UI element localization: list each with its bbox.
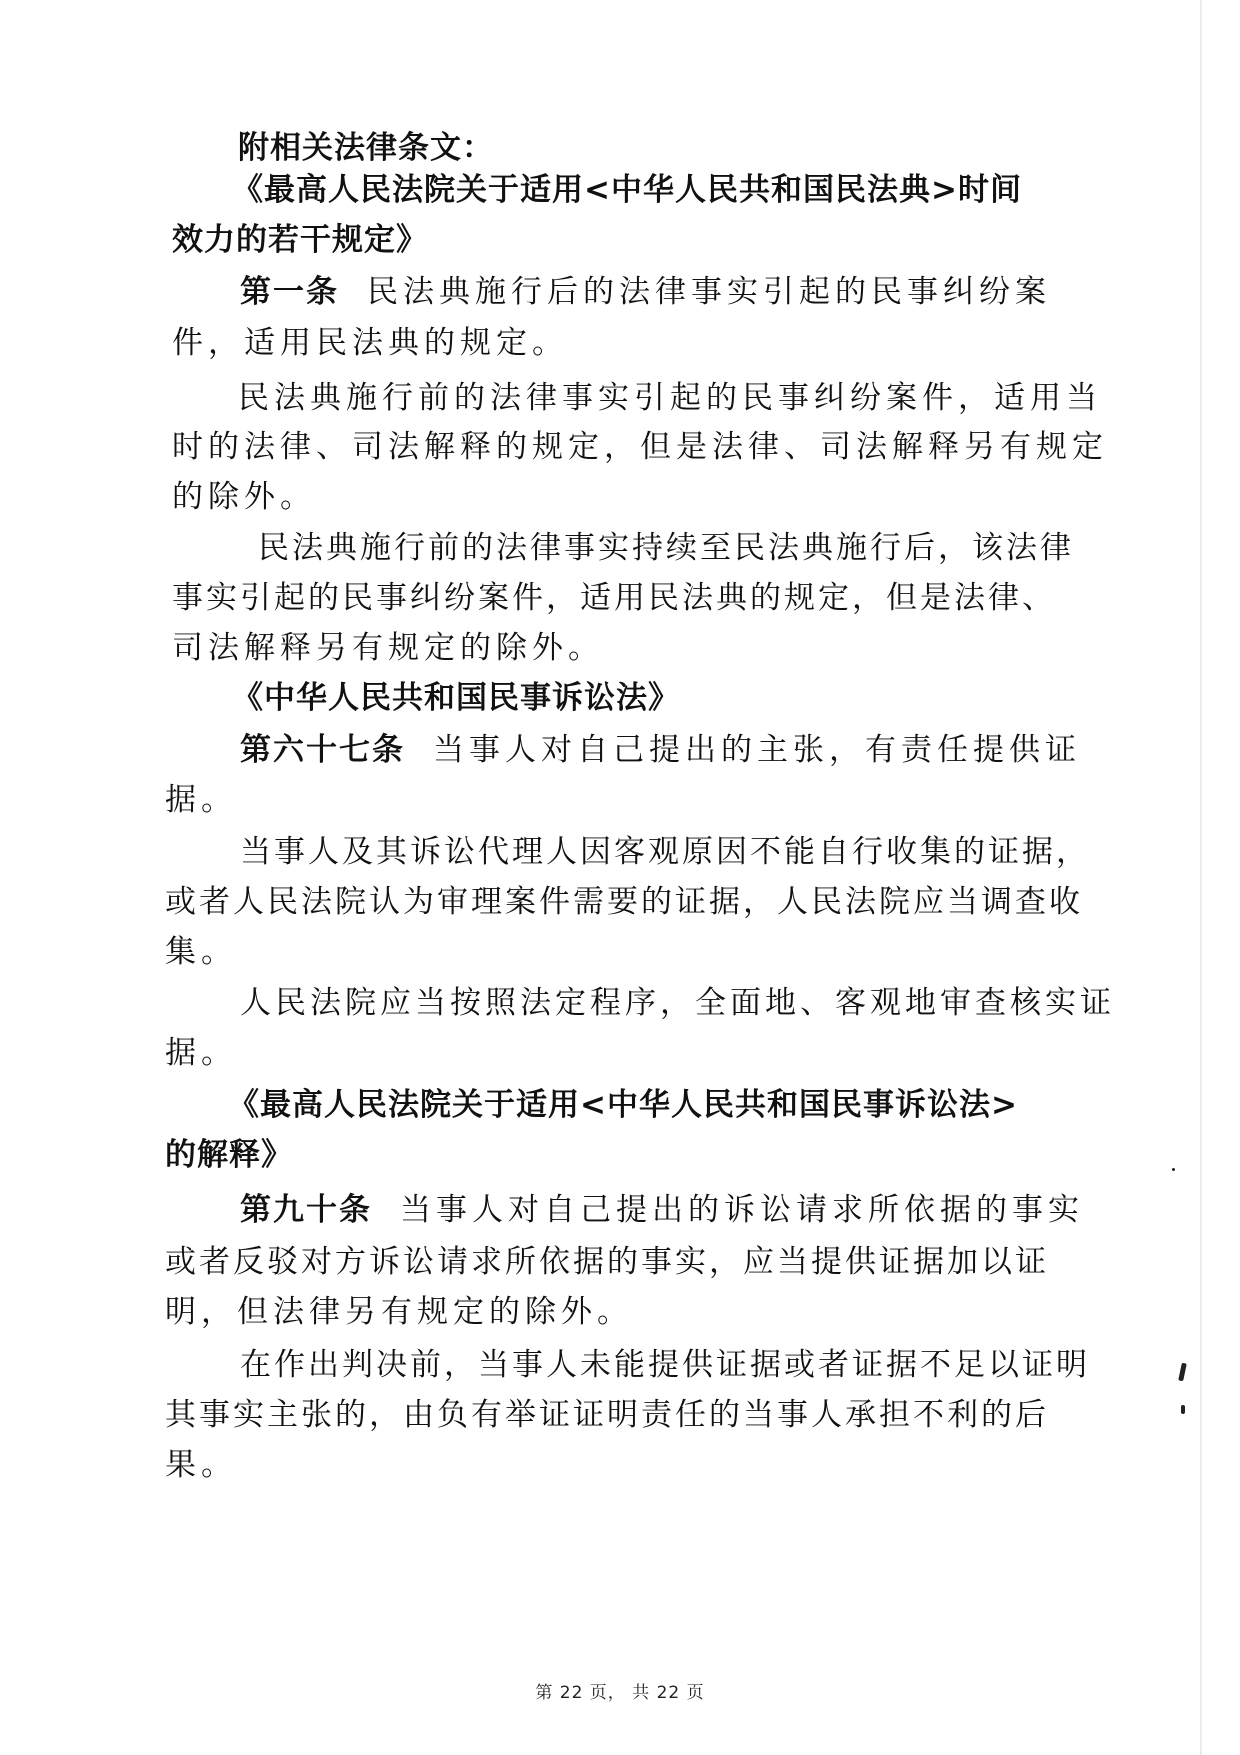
paragraph-text: 的除外。 <box>172 477 316 517</box>
paragraph-text: 民法典施行前的法律事实持续至民法典施行后，该法律 <box>258 528 1074 568</box>
scan-speck <box>1181 1405 1185 1414</box>
paragraph-text: 或者人民法院认为审理案件需要的证据，人民法院应当调查收 <box>165 882 1083 922</box>
paragraph-text: 民法典施行前的法律事实引起的民事纠纷案件，适用当 <box>238 378 1102 418</box>
section-title-1-line2: 效力的若干规定》 <box>172 220 428 260</box>
paragraph-text: 时的法律、司法解释的规定，但是法律、司法解释另有规定 <box>172 427 1108 467</box>
section-title-3-line2: 的解释》 <box>165 1135 293 1175</box>
paragraph-text: 司法解释另有规定的除外。 <box>172 628 604 668</box>
article-first: 第一条民法典施行后的法律事实引起的民事纠纷案 <box>240 272 1051 312</box>
article-sixty-seven-line2: 据。 <box>165 780 237 820</box>
section-title-2: 《中华人民共和国民事诉讼法》 <box>232 678 680 718</box>
paragraph-text: 集。 <box>165 932 237 972</box>
page-footer: 第 22 页， 共 22 页 <box>0 1678 1240 1703</box>
article-label: 第六十七条 <box>240 732 405 768</box>
article-text: 当事人对自己提出的诉讼请求所依据的事实 <box>400 1192 1084 1228</box>
appendix-heading: 附相关法律条文： <box>238 128 494 168</box>
scan-edge-line <box>1200 0 1202 1755</box>
scan-speck <box>1172 1168 1175 1171</box>
article-label: 第一条 <box>240 274 339 310</box>
article-sixty-seven: 第六十七条当事人对自己提出的主张，有责任提供证 <box>240 730 1081 770</box>
paragraph-text: 人民法院应当按照法定程序，全面地、客观地审查核实证 <box>240 983 1115 1023</box>
section-title-1-line1: 《最高人民法院关于适用<中华人民共和国民法典>时间 <box>232 170 1022 210</box>
article-first-line2: 件，适用民法典的规定。 <box>172 323 568 363</box>
article-ninety-line2: 或者反驳对方诉讼请求所依据的事实，应当提供证据加以证 <box>165 1242 1049 1282</box>
article-ninety: 第九十条当事人对自己提出的诉讼请求所依据的事实 <box>240 1190 1084 1230</box>
article-ninety-line3: 明，但法律另有规定的除外。 <box>165 1292 633 1332</box>
section-title-3-line1: 《最高人民法院关于适用<中华人民共和国民事诉讼法> <box>228 1085 1018 1125</box>
paragraph-text: 果。 <box>165 1445 237 1485</box>
paragraph-text: 事实引起的民事纠纷案件，适用民法典的规定，但是法律、 <box>172 578 1056 618</box>
paragraph-text: 其事实主张的，由负有举证证明责任的当事人承担不利的后 <box>165 1395 1049 1435</box>
scan-speck <box>1178 1363 1187 1382</box>
paragraph-text: 据。 <box>165 1033 237 1073</box>
article-text: 民法典施行后的法律事实引起的民事纠纷案 <box>367 274 1051 310</box>
article-text: 当事人对自己提出的主张，有责任提供证 <box>433 732 1081 768</box>
paragraph-text: 在作出判决前，当事人未能提供证据或者证据不足以证明 <box>240 1345 1090 1385</box>
paragraph-text: 当事人及其诉讼代理人因客观原因不能自行收集的证据， <box>240 832 1090 872</box>
article-label: 第九十条 <box>240 1192 372 1228</box>
